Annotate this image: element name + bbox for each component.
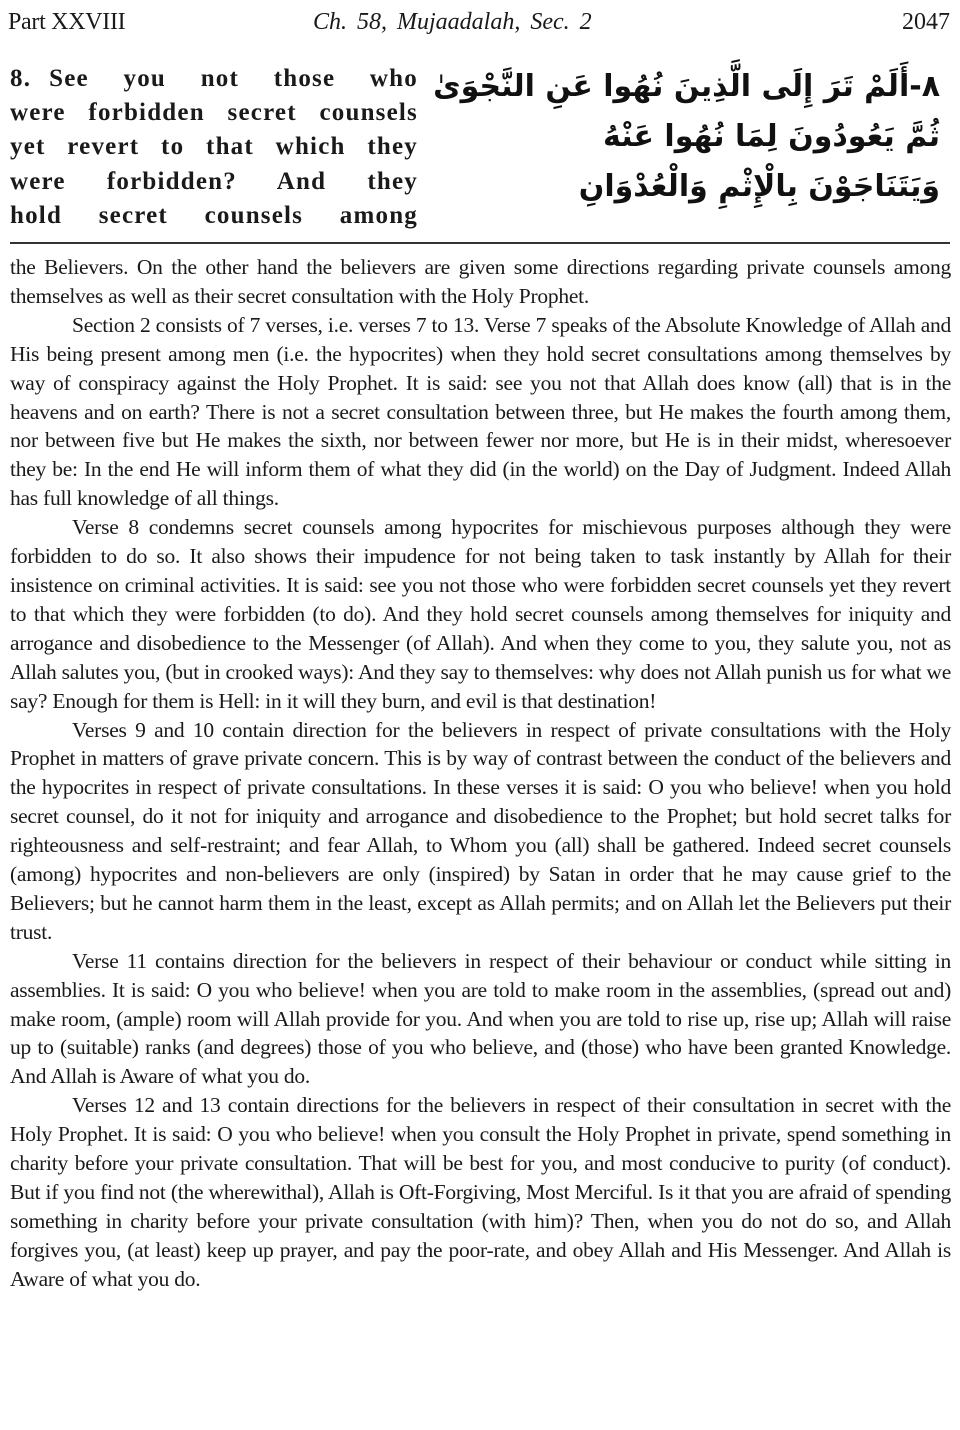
chapter-title: Ch. 58, Mujaadalah, Sec. 2: [313, 4, 592, 40]
arabic-line: ثُمَّ يَعُودُونَ لِمَا نُهُوا عَنْهُ: [550, 112, 940, 162]
commentary-paragraph: Verses 9 and 10 contain direction for th…: [10, 716, 951, 947]
commentary-paragraph: Verse 11 contains direction for the beli…: [10, 947, 951, 1092]
verse-line: 8.See you not those who: [10, 62, 418, 96]
commentary-paragraph: Verses 12 and 13 contain directions for …: [10, 1091, 951, 1293]
section-divider: [10, 242, 950, 244]
verse-line: were forbidden secret counsels: [10, 96, 418, 130]
verse-line: hold secret counsels among: [10, 199, 418, 233]
verse-block: 8.See you not those who were forbidden s…: [10, 62, 950, 240]
commentary: the Believers. On the other hand the bel…: [10, 253, 951, 1294]
commentary-paragraph: Section 2 consists of 7 verses, i.e. ver…: [10, 311, 951, 513]
part-label: Part XXVIII: [8, 4, 125, 40]
verse-number: 8.: [10, 65, 31, 92]
verse-arabic-text: ٨-أَلَمْ تَرَ إِلَى الَّذِينَ نُهُوا عَن…: [550, 62, 940, 212]
verse-english-translation: 8.See you not those who were forbidden s…: [10, 62, 418, 233]
arabic-line: وَيَتَنَاجَوْنَ بِالْإِثْمِ وَالْعُدْوَا…: [550, 162, 940, 212]
commentary-paragraph: the Believers. On the other hand the bel…: [10, 253, 951, 311]
page-number: 2047: [902, 4, 950, 40]
arabic-line: ٨-أَلَمْ تَرَ إِلَى الَّذِينَ نُهُوا عَن…: [550, 62, 940, 112]
book-page: Part XXVIII Ch. 58, Mujaadalah, Sec. 2 2…: [0, 0, 960, 1430]
running-header: Part XXVIII Ch. 58, Mujaadalah, Sec. 2 2…: [8, 4, 950, 40]
commentary-paragraph: Verse 8 condemns secret counsels among h…: [10, 513, 951, 715]
verse-line: yet revert to that which they: [10, 130, 418, 164]
verse-line: were forbidden? And they: [10, 165, 418, 199]
